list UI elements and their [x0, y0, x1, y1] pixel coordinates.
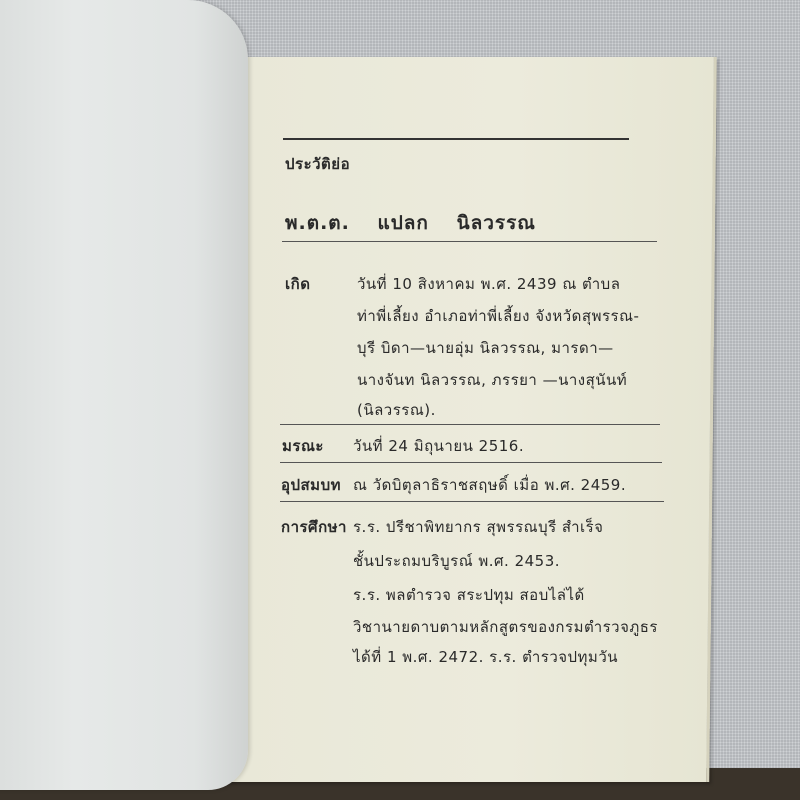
section-title: ประวัติย่อ — [285, 152, 350, 176]
education-line: วิชานายดาบตามหลักสูตรของกรมตำรวจภูธร — [353, 615, 658, 639]
label-education: การศึกษา — [281, 515, 347, 539]
death-rule — [280, 462, 662, 463]
label-birth: เกิด — [285, 272, 310, 296]
birth-line: (นิลวรรณ). — [357, 398, 436, 422]
death-line: วันที่ 24 มิถุนายน 2516. — [353, 434, 524, 458]
birth-rule — [280, 424, 660, 425]
birth-line: วันที่ 10 สิงหาคม พ.ศ. 2439 ณ ตำบล — [357, 272, 620, 296]
birth-line: ท่าพี่เลี้ยง อำเภอท่าพี่เลี้ยง จังหวัดสุ… — [357, 304, 639, 328]
ordination-rule — [280, 501, 664, 502]
birth-line: นางจันท นิลวรรณ, ภรรยา —นางสุนันท์ — [357, 368, 627, 392]
right-page — [201, 57, 717, 782]
name-rule — [282, 241, 657, 242]
education-line: ร.ร. ปรีชาพิทยากร สุพรรณบุรี สำเร็จ — [353, 515, 603, 539]
birth-line: บุรี บิดา—นายอุ่ม นิลวรรณ, มารดา— — [357, 336, 614, 360]
top-rule — [283, 138, 629, 140]
education-line: ชั้นประถมบริบูรณ์ พ.ศ. 2453. — [353, 549, 560, 573]
education-line: ร.ร. พลตำรวจ สระปทุม สอบไล่ได้ — [353, 583, 585, 607]
left-page-curl — [0, 0, 248, 790]
subject-rank: พ.ต.ต. — [285, 212, 350, 234]
ordination-line: ณ วัดบิตุลาธิราชสฤษดิ์ เมื่อ พ.ศ. 2459. — [353, 473, 626, 497]
education-line: ได้ที่ 1 พ.ศ. 2472. ร.ร. ตำรวจปทุมวัน — [353, 645, 618, 669]
subject-last-name: นิลวรรณ — [457, 212, 536, 234]
subject-name: พ.ต.ต. แปลก นิลวรรณ — [285, 208, 536, 238]
label-ordination: อุปสมบท — [281, 473, 341, 497]
subject-first-name: แปลก — [377, 212, 428, 234]
label-death: มรณะ — [282, 434, 324, 458]
